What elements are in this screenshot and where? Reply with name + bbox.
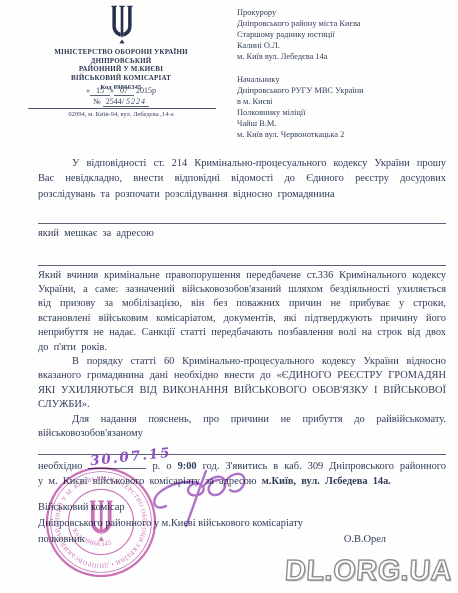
prosecutor-name: Калині О.Л. xyxy=(237,40,455,51)
police-name: Чайш В.М. xyxy=(237,118,455,129)
signature-scribble xyxy=(150,466,282,530)
official-round-stamp: МІНІСТЕРСТВО ОБОРОНИ УКРАЇНИ • ДНІПРОВСЬ… xyxy=(44,465,158,579)
number-label: № xyxy=(93,97,101,106)
prosecutor-rank: Старшому раднику юстиції xyxy=(237,29,455,40)
number-handwritten: 5224 xyxy=(126,97,146,106)
police-address: м. Київ вул. Червоноткацька 2 xyxy=(237,129,455,140)
date-month: 07 xyxy=(114,86,134,96)
header-divider xyxy=(28,108,216,109)
blank-line-citizen-name xyxy=(38,223,446,224)
org-line-commissariat: ВІЙСЬКОВИЙ КОМІСАРІАТ xyxy=(12,74,230,83)
org-line-ministry: МІНІСТЕРСТВО ОБОРОНИ УКРАЇНИ xyxy=(12,48,230,57)
stamp-trident-icon xyxy=(90,500,112,540)
prosecutor-title: Прокурору xyxy=(237,7,455,18)
letter-body: У відповідності ст. 214 Кримінально-проц… xyxy=(38,156,446,489)
police-city: в м. Києві xyxy=(237,96,455,107)
prosecutor-district: Дніпровського району міста Києва xyxy=(237,18,455,29)
paragraph-request: У відповідності ст. 214 Кримінально-проц… xyxy=(38,156,446,202)
addressee-block: Прокурору Дніпровського району міста Киє… xyxy=(237,7,455,140)
police-rank: Полковнику міліції xyxy=(237,107,455,118)
watermark-text: DL.ORG.UA xyxy=(284,555,454,588)
date-year: 2015р xyxy=(136,86,156,95)
svg-text:МІНІСТЕРСТВО ОБОРОНИ УКРАЇНИ •: МІНІСТЕРСТВО ОБОРОНИ УКРАЇНИ • ДНІПРОВСЬ… xyxy=(44,465,148,569)
date-day: 15 xyxy=(90,86,110,96)
number-typed: 2544/ xyxy=(106,97,124,106)
paragraph-explanations: Для надання пояснень, про причини не при… xyxy=(38,413,446,442)
signer-name: О.В.Орел xyxy=(344,532,386,548)
document-number-line: № 2544/ 5224 xyxy=(12,97,230,106)
addressee-gap xyxy=(237,62,455,74)
stamp-ring-text: МІНІСТЕРСТВО ОБОРОНИ УКРАЇНИ • ДНІПРОВСЬ… xyxy=(44,465,148,569)
police-title: Начальнику xyxy=(237,74,455,85)
paragraph-registry: В порядку статті 60 Кримінально-процесуа… xyxy=(38,355,446,413)
blank-line-address xyxy=(38,265,446,266)
paragraph-offense: Який вчинив кримінальне правопорушення п… xyxy=(38,269,446,355)
org-line-city: РАЙОННИЙ У М.КИЄВІ xyxy=(12,65,230,74)
org-postal-address: 02094, м. Київ-94, вул. Лебедєва ,14-а xyxy=(12,111,230,118)
ukraine-trident-icon xyxy=(106,4,138,46)
residence-label: який мешкає за адресою xyxy=(38,226,446,241)
org-line-district: ДНІПРОВСЬКИЙ xyxy=(12,57,230,66)
scanned-letter-page: МІНІСТЕРСТВО ОБОРОНИ УКРАЇНИ ДНІПРОВСЬКИ… xyxy=(0,0,458,593)
police-org: Дніпровського РУГУ МВС України xyxy=(237,85,455,96)
document-date-line: «15»07 2015р xyxy=(12,86,230,95)
prosecutor-address: м. Київ вул. Лебедєва 14а xyxy=(237,51,455,62)
